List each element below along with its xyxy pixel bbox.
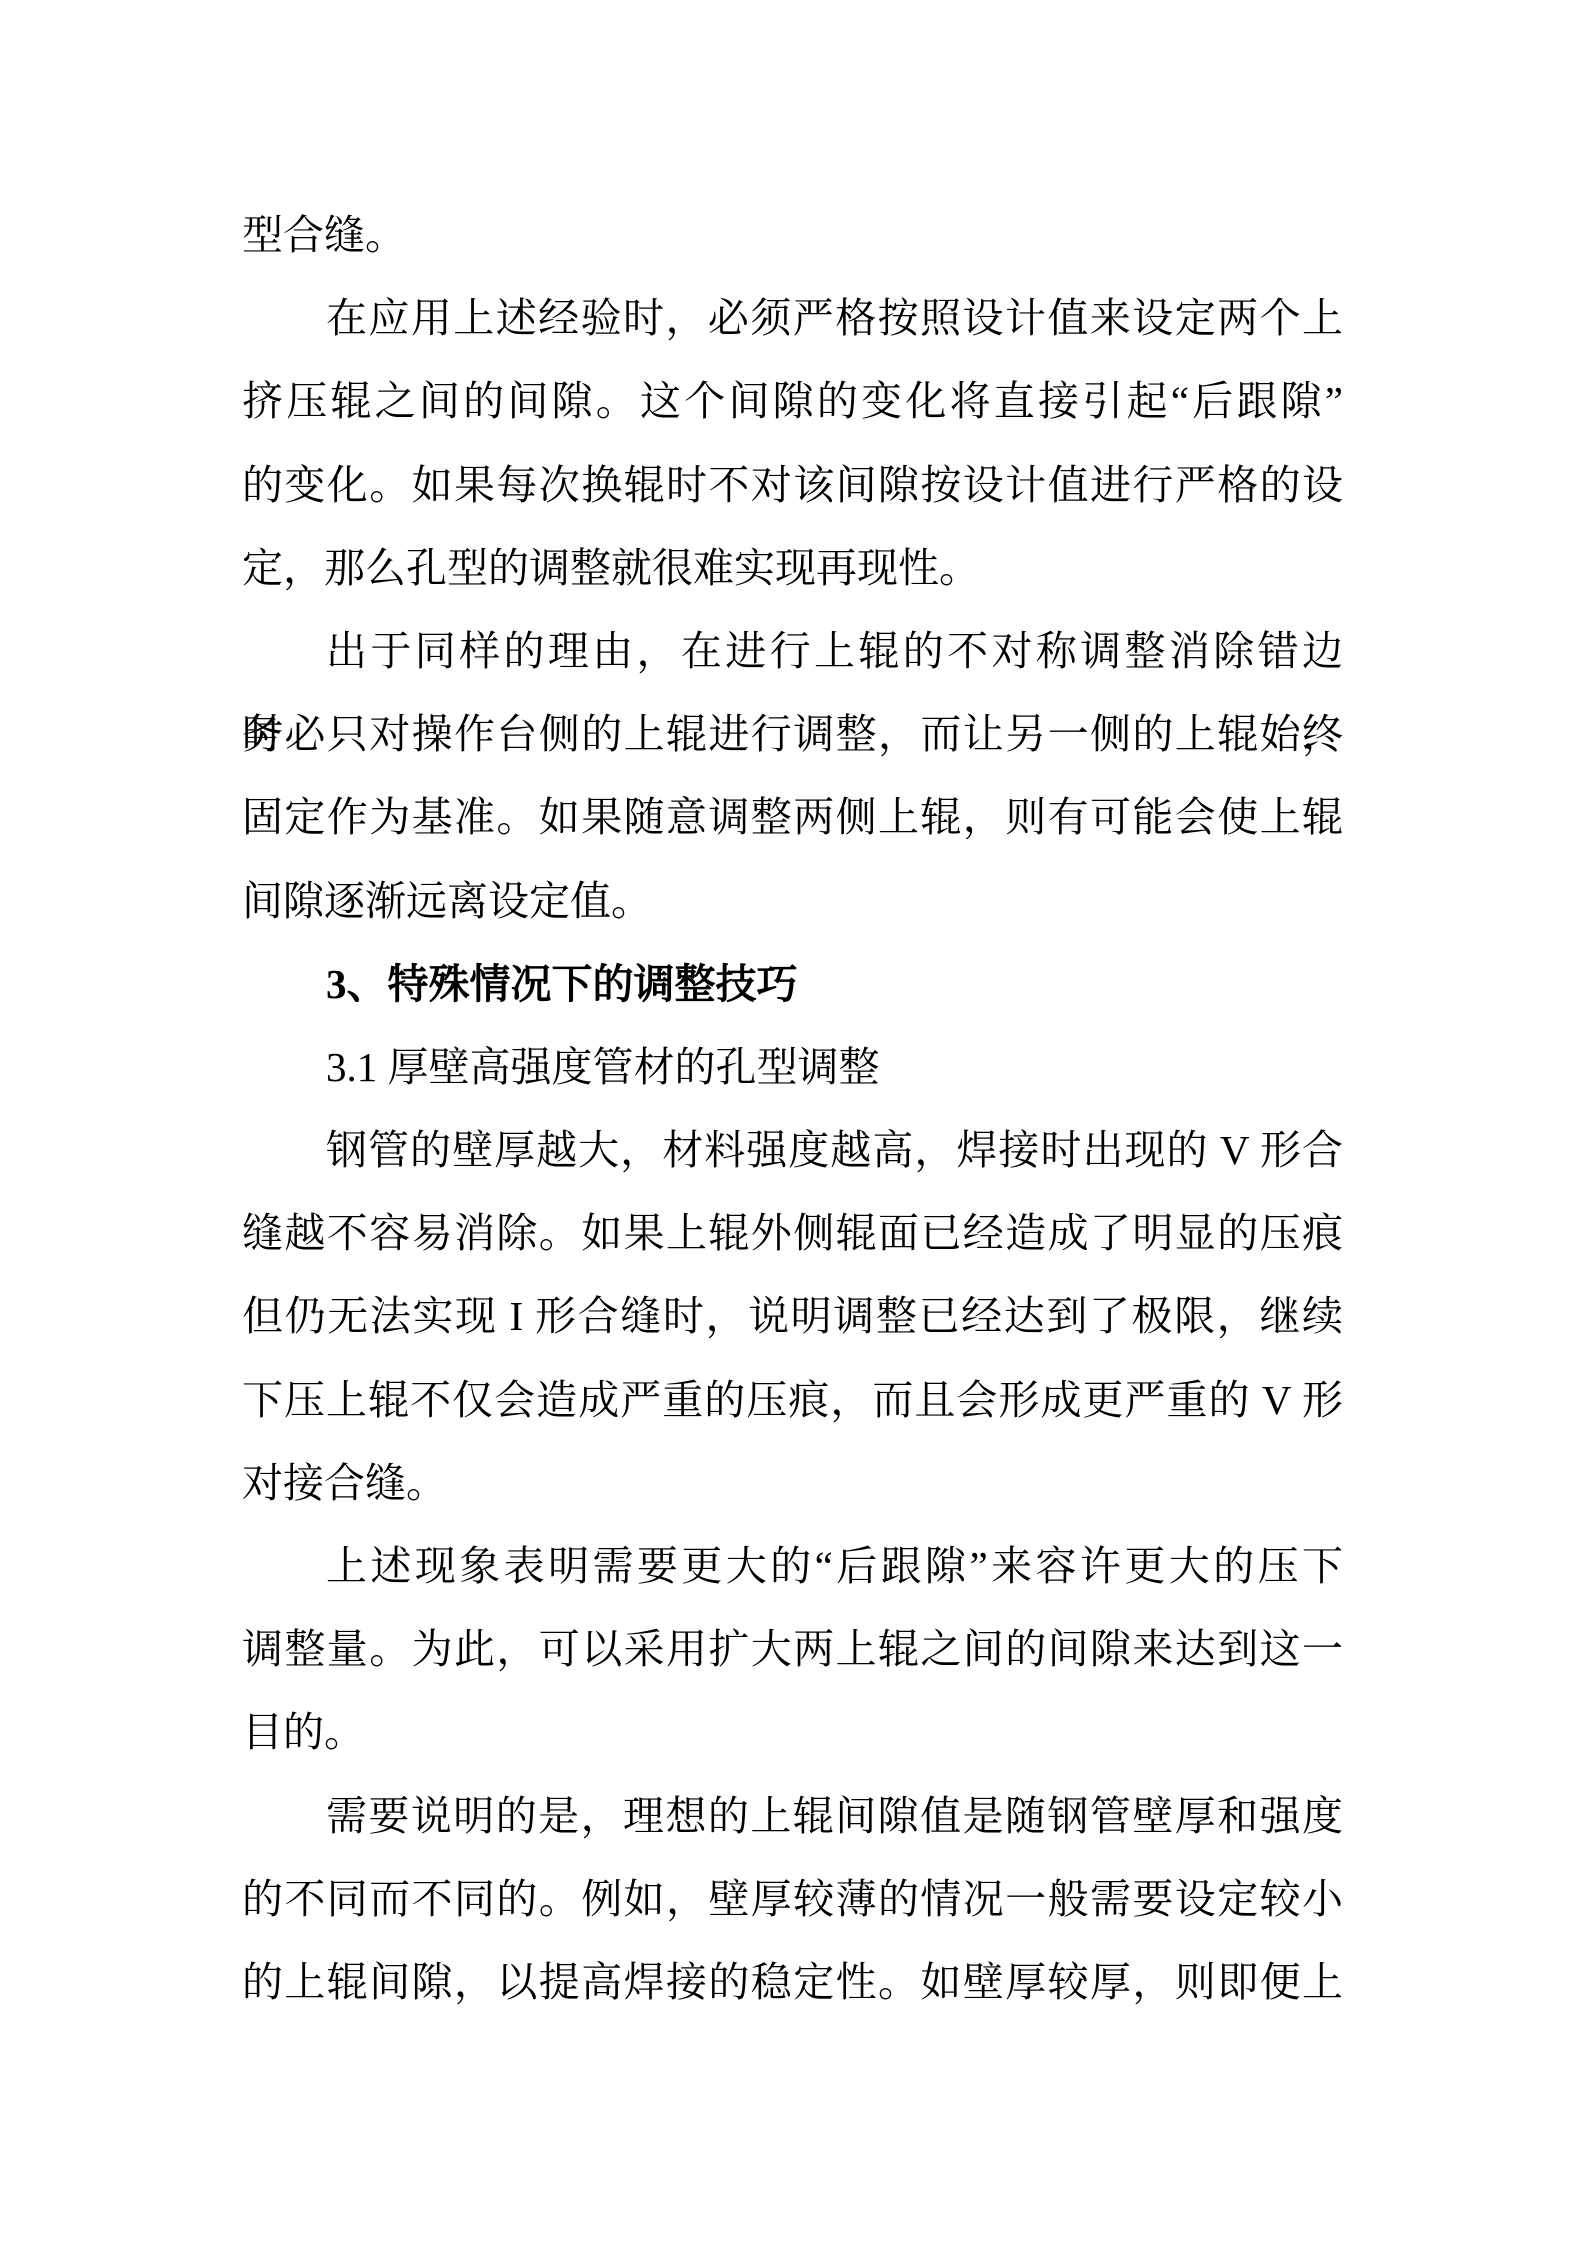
text-line: 型合缝。: [242, 194, 1343, 277]
text-line: 出于同样的理由，在进行上辊的不对称调整消除错边时，: [242, 610, 1343, 693]
text-line: 调整量。为此，可以采用扩大两上辊之间的间隙来达到这一: [242, 1608, 1343, 1691]
text-line: 需要说明的是，理想的上辊间隙值是随钢管壁厚和强度: [242, 1775, 1343, 1858]
section-heading: 3、特殊情况下的调整技巧: [242, 943, 1343, 1026]
text-line: 在应用上述经验时，必须严格按照设计值来设定两个上: [242, 277, 1343, 360]
text-line: 下压上辊不仅会造成严重的压痕，而且会形成更严重的 V 形: [242, 1359, 1343, 1442]
document-text-block: 型合缝。 在应用上述经验时，必须严格按照设计值来设定两个上 挤压辊之间的间隙。这…: [242, 194, 1343, 2024]
text-line: 固定作为基准。如果随意调整两侧上辊，则有可能会使上辊: [242, 776, 1343, 859]
text-line: 间隙逐渐远离设定值。: [242, 860, 1343, 943]
text-line: 的变化。如果每次换辊时不对该间隙按设计值进行严格的设: [242, 444, 1343, 527]
text-line: 务必只对操作台侧的上辊进行调整，而让另一侧的上辊始终: [242, 693, 1343, 776]
text-line: 钢管的壁厚越大，材料强度越高，焊接时出现的 V 形合: [242, 1109, 1343, 1192]
text-line: 但仍无法实现 I 形合缝时，说明调整已经达到了极限，继续: [242, 1275, 1343, 1358]
text-line: 上述现象表明需要更大的“后跟隙”来容许更大的压下: [242, 1525, 1343, 1608]
text-line: 挤压辊之间的间隙。这个间隙的变化将直接引起“后跟隙”: [242, 360, 1343, 443]
text-line: 目的。: [242, 1691, 1343, 1774]
text-line: 缝越不容易消除。如果上辊外侧辊面已经造成了明显的压痕: [242, 1192, 1343, 1275]
text-line: 的不同而不同的。例如，壁厚较薄的情况一般需要设定较小: [242, 1858, 1343, 1941]
text-line: 的上辊间隙，以提高焊接的稳定性。如壁厚较厚，则即便上: [242, 1941, 1343, 2024]
text-line: 对接合缝。: [242, 1442, 1343, 1525]
subsection-heading: 3.1 厚壁高强度管材的孔型调整: [242, 1026, 1343, 1109]
text-line: 定，那么孔型的调整就很难实现再现性。: [242, 527, 1343, 610]
document-page: 型合缝。 在应用上述经验时，必须严格按照设计值来设定两个上 挤压辊之间的间隙。这…: [0, 0, 1587, 2245]
